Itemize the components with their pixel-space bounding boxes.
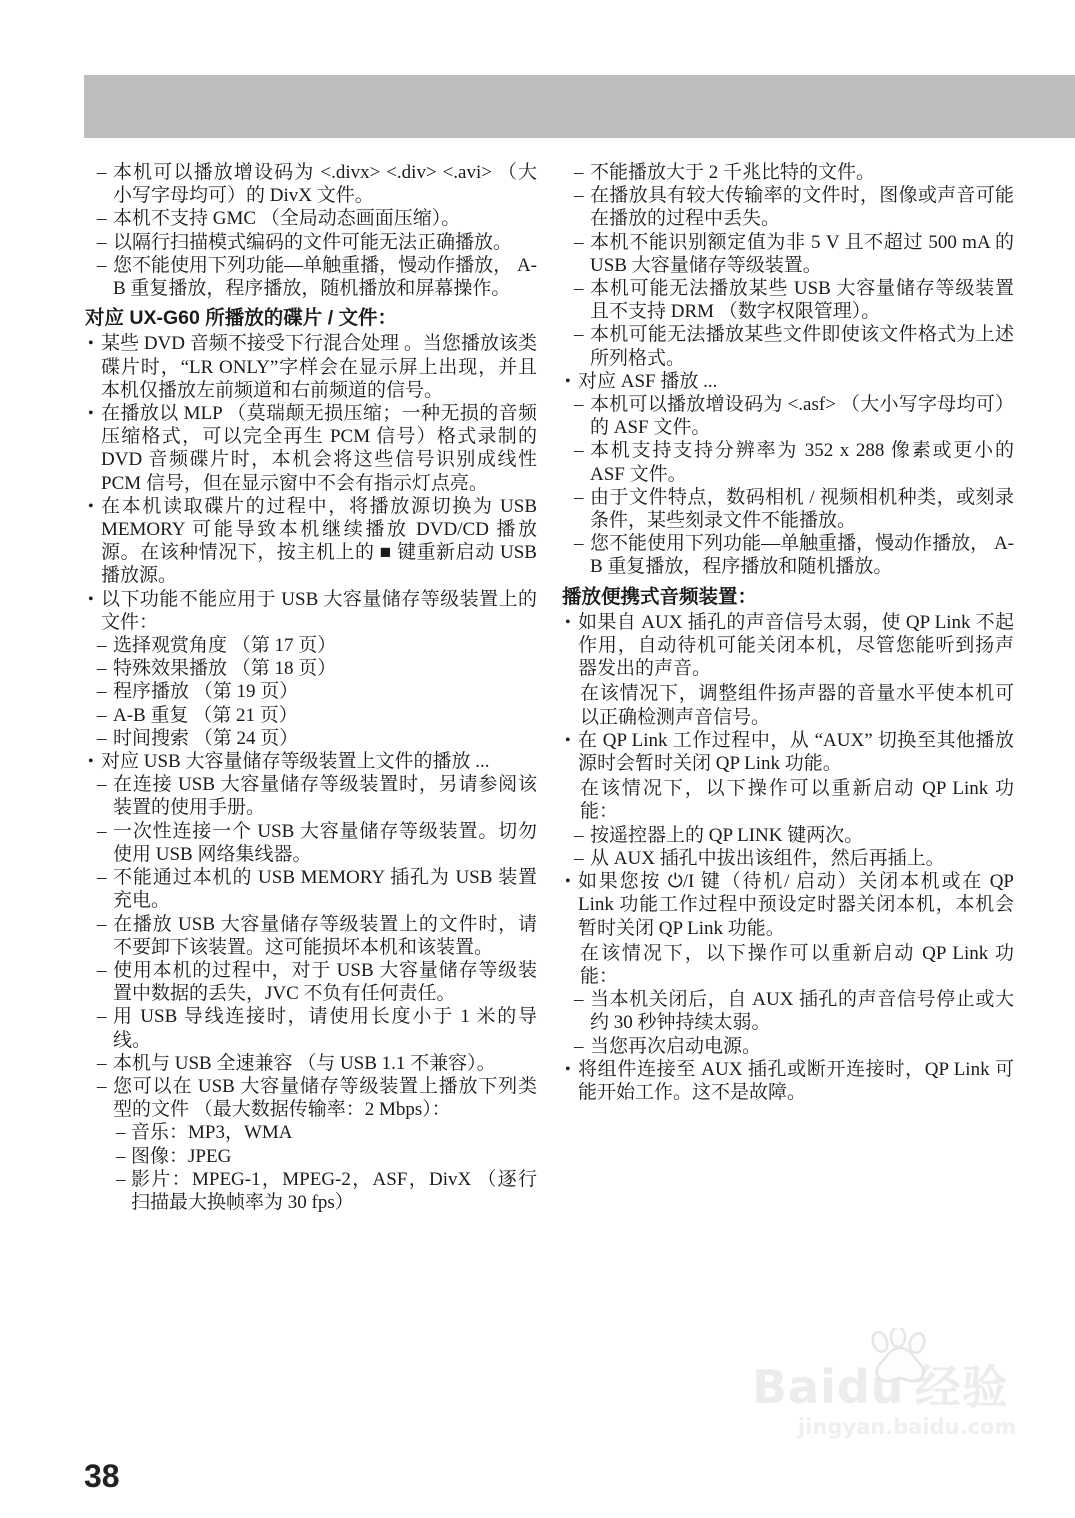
dash-marker: –: [574, 161, 584, 184]
left-column: –本机可以播放增设码为 <.divx> <.div> <.avi> （大小写字母…: [85, 161, 537, 1214]
list-item: –选择观赏角度 （第 17 页）: [85, 634, 537, 657]
bullet-marker: •: [88, 495, 94, 518]
section-heading: 播放便携式音频装置：: [562, 586, 1014, 609]
list-item: –一次性连接一个 USB 大容量储存等级装置。切勿使用 USB 网络集线器。: [85, 820, 537, 866]
dash-marker: –: [97, 254, 107, 277]
list-item-text: 在连接 USB 大容量储存等级装置时，另请参阅该装置的使用手册。: [113, 774, 537, 818]
dash-marker: –: [97, 161, 107, 184]
list-item-text: 从 AUX 插孔中拔出该组件，然后再插上。: [590, 848, 945, 869]
dash-marker: –: [574, 393, 584, 416]
list-item-text: 由于文件特点，数码相机 / 视频相机种类，或刻录条件，某些刻录文件不能播放。: [590, 487, 1014, 531]
dash-marker: –: [574, 532, 584, 555]
list-item-text: 图像：JPEG: [131, 1146, 231, 1167]
dash-marker: –: [574, 231, 584, 254]
dash-marker: –: [97, 866, 107, 889]
list-item-text: 在播放 USB 大容量储存等级装置上的文件时，请不要卸下该装置。这可能损坏本机和…: [113, 914, 537, 958]
list-item: –本机可以播放增设码为 <.divx> <.div> <.avi> （大小写字母…: [85, 161, 537, 207]
list-item-text: 本机可能无法播放某些 USB 大容量储存等级装置且不支持 DRM （数字权限管理…: [590, 278, 1014, 322]
list-item-text: 在该情况下，以下操作可以重新启动 QP Link 功能：: [580, 943, 1014, 987]
dash-marker: –: [574, 1035, 584, 1058]
list-item-text: 当本机关闭后，自 AUX 插孔的声音信号停止或大约 30 秒钟持续太弱。: [590, 989, 1014, 1033]
list-item: –A-B 重复 （第 21 页）: [85, 704, 537, 727]
list-item-text: 如果您按 ⏻/I 键（待机/ 启动）关闭本机或在 QP Link 功能工作过程中…: [578, 871, 1014, 938]
list-item-text: 在 QP Link 工作过程中，从 “AUX” 切换至其他播放源时会暂时关闭 Q…: [578, 730, 1014, 774]
list-item-text: 如果自 AUX 插孔的声音信号太弱，使 QP Link 不起作用，自动待机可能关…: [578, 612, 1014, 679]
dash-marker: –: [116, 1145, 126, 1168]
list-item: –特殊效果播放 （第 18 页）: [85, 657, 537, 680]
list-item-text: 本机支持支持分辨率为 352 x 288 像素或更小的 ASF 文件。: [590, 440, 1014, 484]
list-item-text: 对应 USB 大容量储存等级装置上文件的播放 ...: [101, 751, 489, 772]
dash-marker: –: [97, 1075, 107, 1098]
list-item: •对应 ASF 播放 ...: [562, 370, 1014, 393]
list-item: –您不能使用下列功能—单触重播，慢动作播放， A-B 重复播放，程序播放和随机播…: [562, 532, 1014, 578]
list-item-text: 本机不能识别额定值为非 5 V 且不超过 500 mA 的 USB 大容量储存等…: [590, 232, 1014, 276]
list-item: –在连接 USB 大容量储存等级装置时，另请参阅该装置的使用手册。: [85, 773, 537, 819]
list-item-text: 某些 DVD 音频不接受下行混合处理 。当您播放该类碟片时，“LR ONLY”字…: [101, 333, 537, 400]
dash-marker: –: [574, 486, 584, 509]
dash-marker: –: [97, 913, 107, 936]
dash-marker: –: [97, 727, 107, 750]
bullet-marker: •: [565, 370, 571, 393]
dash-marker: –: [574, 184, 584, 207]
dash-marker: –: [97, 657, 107, 680]
list-item: •如果自 AUX 插孔的声音信号太弱，使 QP Link 不起作用，自动待机可能…: [562, 611, 1014, 681]
dash-marker: –: [574, 847, 584, 870]
bullet-marker: •: [565, 611, 571, 634]
list-item-text: 以下功能不能应用于 USB 大容量储存等级装置上的文件：: [101, 589, 537, 633]
list-item-text: 您可以在 USB 大容量储存等级装置上播放下列类型的文件 （最大数据传输率：2 …: [113, 1076, 537, 1120]
list-item: •将组件连接至 AUX 插孔或断开连接时，QP Link 可能开始工作。这不是故…: [562, 1058, 1014, 1104]
list-item-text: 特殊效果播放 （第 18 页）: [113, 658, 336, 679]
dash-marker: –: [574, 439, 584, 462]
list-item: –在播放具有较大传输率的文件时，图像或声音可能在播放的过程中丢失。: [562, 184, 1014, 230]
header-bar: [84, 75, 1075, 138]
list-item: –图像：JPEG: [85, 1145, 537, 1168]
list-item-text: 在播放以 MLP （莫瑞颠无损压缩；一种无损的音频压缩格式，可以完全再生 PCM…: [101, 403, 537, 494]
dash-marker: –: [97, 773, 107, 796]
list-item: –影片：MPEG-1，MPEG-2，ASF，DivX （逐行扫描最大换帧率为 3…: [85, 1168, 537, 1214]
list-item: –用 USB 导线连接时，请使用长度小于 1 米的导线。: [85, 1005, 537, 1051]
list-item-text: 不能播放大于 2 千兆比特的文件。: [590, 162, 875, 183]
list-item: •在 QP Link 工作过程中，从 “AUX” 切换至其他播放源时会暂时关闭 …: [562, 729, 1014, 775]
dash-marker: –: [116, 1121, 126, 1144]
list-item: 在该情况下，以下操作可以重新启动 QP Link 功能：: [562, 777, 1014, 823]
dash-marker: –: [574, 323, 584, 346]
watermark-brand-text: Bai: [752, 1360, 837, 1414]
list-item-text: 使用本机的过程中，对于 USB 大容量储存等级装置中数据的丢失，JVC 不负有任…: [113, 960, 537, 1004]
bullet-marker: •: [88, 588, 94, 611]
list-item: •在播放以 MLP （莫瑞颠无损压缩；一种无损的音频压缩格式，可以完全再生 PC…: [85, 402, 537, 495]
bullet-marker: •: [565, 729, 571, 752]
dash-marker: –: [97, 231, 107, 254]
right-column: –不能播放大于 2 千兆比特的文件。–在播放具有较大传输率的文件时，图像或声音可…: [562, 161, 1014, 1104]
list-item: •在本机读取碟片的过程中，将播放源切换为 USB MEMORY 可能导致本机继续…: [85, 495, 537, 588]
list-item-text: 您不能使用下列功能—单触重播，慢动作播放， A-B 重复播放，程序播放，随机播放…: [113, 255, 537, 299]
dash-marker: –: [97, 634, 107, 657]
dash-marker: –: [97, 959, 107, 982]
list-item-text: 对应 ASF 播放 ...: [578, 371, 717, 392]
list-item: 在该情况下，调整组件扬声器的音量水平使本机可以正确检测声音信号。: [562, 682, 1014, 728]
list-item: –当本机关闭后，自 AUX 插孔的声音信号停止或大约 30 秒钟持续太弱。: [562, 988, 1014, 1034]
list-item: –以隔行扫描模式编码的文件可能无法正确播放。: [85, 231, 537, 254]
dash-marker: –: [97, 704, 107, 727]
list-item-text: A-B 重复 （第 21 页）: [113, 705, 298, 726]
watermark-logo-row: Baidu经验: [752, 1362, 1042, 1412]
list-item: •以下功能不能应用于 USB 大容量储存等级装置上的文件：: [85, 588, 537, 634]
list-item: –本机不能识别额定值为非 5 V 且不超过 500 mA 的 USB 大容量储存…: [562, 231, 1014, 277]
list-item-text: 不能通过本机的 USB MEMORY 插孔为 USB 装置充电。: [113, 867, 537, 911]
list-item: –本机与 USB 全速兼容 （与 USB 1.1 不兼容）。: [85, 1052, 537, 1075]
bullet-marker: •: [88, 402, 94, 425]
list-item: –本机可以播放增设码为 <.asf> （大小写字母均可）的 ASF 文件。: [562, 393, 1014, 439]
list-item: –由于文件特点，数码相机 / 视频相机种类，或刻录条件，某些刻录文件不能播放。: [562, 486, 1014, 532]
list-item: •对应 USB 大容量储存等级装置上文件的播放 ...: [85, 750, 537, 773]
section-heading-text: 播放便携式音频装置：: [562, 586, 757, 608]
list-item-text: 以隔行扫描模式编码的文件可能无法正确播放。: [113, 232, 512, 253]
list-item-text: 在播放具有较大传输率的文件时，图像或声音可能在播放的过程中丢失。: [590, 185, 1014, 229]
list-item: –从 AUX 插孔中拔出该组件，然后再插上。: [562, 847, 1014, 870]
list-item-text: 在该情况下，调整组件扬声器的音量水平使本机可以正确检测声音信号。: [580, 683, 1014, 727]
list-item-text: 本机可以播放增设码为 <.divx> <.div> <.avi> （大小写字母均…: [113, 162, 537, 206]
list-item: –本机支持支持分辨率为 352 x 288 像素或更小的 ASF 文件。: [562, 439, 1014, 485]
list-item-text: 在本机读取碟片的过程中，将播放源切换为 USB MEMORY 可能导致本机继续播…: [101, 496, 537, 587]
page-number: 38: [84, 1458, 120, 1495]
dash-marker: –: [97, 820, 107, 843]
list-item: –使用本机的过程中，对于 USB 大容量储存等级装置中数据的丢失，JVC 不负有…: [85, 959, 537, 1005]
list-item: –您不能使用下列功能—单触重播，慢动作播放， A-B 重复播放，程序播放，随机播…: [85, 254, 537, 300]
dash-marker: –: [574, 988, 584, 1011]
dash-marker: –: [116, 1168, 126, 1191]
list-item-text: 选择观赏角度 （第 17 页）: [113, 635, 336, 656]
baidu-paw-icon: [864, 1328, 936, 1386]
list-item-text: 将组件连接至 AUX 插孔或断开连接时，QP Link 可能开始工作。这不是故障…: [578, 1059, 1014, 1103]
dash-marker: –: [574, 277, 584, 300]
list-item-text: 本机可能无法播放某些文件即使该文件格式为上述所列格式。: [590, 324, 1014, 368]
dash-marker: –: [97, 680, 107, 703]
list-item: –当您再次启动电源。: [562, 1035, 1014, 1058]
list-item: –本机不支持 GMC （全局动态画面压缩）。: [85, 207, 537, 230]
list-item-text: 本机不支持 GMC （全局动态画面压缩）。: [113, 208, 460, 229]
list-item: –本机可能无法播放某些 USB 大容量储存等级装置且不支持 DRM （数字权限管…: [562, 277, 1014, 323]
list-item-text: 本机可以播放增设码为 <.asf> （大小写字母均可）的 ASF 文件。: [590, 394, 1014, 438]
watermark-url: jingyan.baidu.com: [798, 1414, 1042, 1440]
list-item: –本机可能无法播放某些文件即使该文件格式为上述所列格式。: [562, 323, 1014, 369]
list-item-text: 时间搜索 （第 24 页）: [113, 728, 298, 749]
list-item: –程序播放 （第 19 页）: [85, 680, 537, 703]
list-item: –不能通过本机的 USB MEMORY 插孔为 USB 装置充电。: [85, 866, 537, 912]
section-heading: 对应 UX-G60 所播放的碟片 / 文件：: [85, 307, 537, 330]
list-item-text: 本机与 USB 全速兼容 （与 USB 1.1 不兼容）。: [113, 1053, 496, 1074]
list-item: –您可以在 USB 大容量储存等级装置上播放下列类型的文件 （最大数据传输率：2…: [85, 1075, 537, 1121]
list-item-text: 音乐：MP3，WMA: [131, 1122, 293, 1143]
list-item-text: 您不能使用下列功能—单触重播，慢动作播放， A-B 重复播放，程序播放和随机播放…: [590, 533, 1014, 577]
list-item: –音乐：MP3，WMA: [85, 1121, 537, 1144]
list-item: •如果您按 ⏻/I 键（待机/ 启动）关闭本机或在 QP Link 功能工作过程…: [562, 870, 1014, 940]
list-item: –按遥控器上的 QP LINK 键两次。: [562, 824, 1014, 847]
list-item: •某些 DVD 音频不接受下行混合处理 。当您播放该类碟片时，“LR ONLY”…: [85, 332, 537, 402]
dash-marker: –: [97, 1052, 107, 1075]
list-item: –不能播放大于 2 千兆比特的文件。: [562, 161, 1014, 184]
list-item: –在播放 USB 大容量储存等级装置上的文件时，请不要卸下该装置。这可能损坏本机…: [85, 913, 537, 959]
list-item: –时间搜索 （第 24 页）: [85, 727, 537, 750]
list-item-text: 当您再次启动电源。: [590, 1036, 761, 1057]
list-item: 在该情况下，以下操作可以重新启动 QP Link 功能：: [562, 942, 1014, 988]
dash-marker: –: [97, 1005, 107, 1028]
baidu-watermark: Baidu经验 jingyan.baidu.com: [752, 1362, 1042, 1440]
list-item-text: 一次性连接一个 USB 大容量储存等级装置。切勿使用 USB 网络集线器。: [113, 821, 537, 865]
list-item-text: 程序播放 （第 19 页）: [113, 681, 298, 702]
list-item-text: 用 USB 导线连接时，请使用长度小于 1 米的导线。: [113, 1006, 537, 1050]
dash-marker: –: [97, 207, 107, 230]
bullet-marker: •: [88, 750, 94, 773]
list-item-text: 按遥控器上的 QP LINK 键两次。: [590, 825, 863, 846]
section-heading-text: 对应 UX-G60 所播放的碟片 / 文件：: [85, 307, 397, 329]
list-item-text: 在该情况下，以下操作可以重新启动 QP Link 功能：: [580, 778, 1014, 822]
bullet-marker: •: [565, 1058, 571, 1081]
bullet-marker: •: [565, 870, 571, 893]
dash-marker: –: [574, 824, 584, 847]
list-item-text: 影片：MPEG-1，MPEG-2，ASF，DivX （逐行扫描最大换帧率为 30…: [131, 1169, 537, 1213]
bullet-marker: •: [88, 332, 94, 355]
